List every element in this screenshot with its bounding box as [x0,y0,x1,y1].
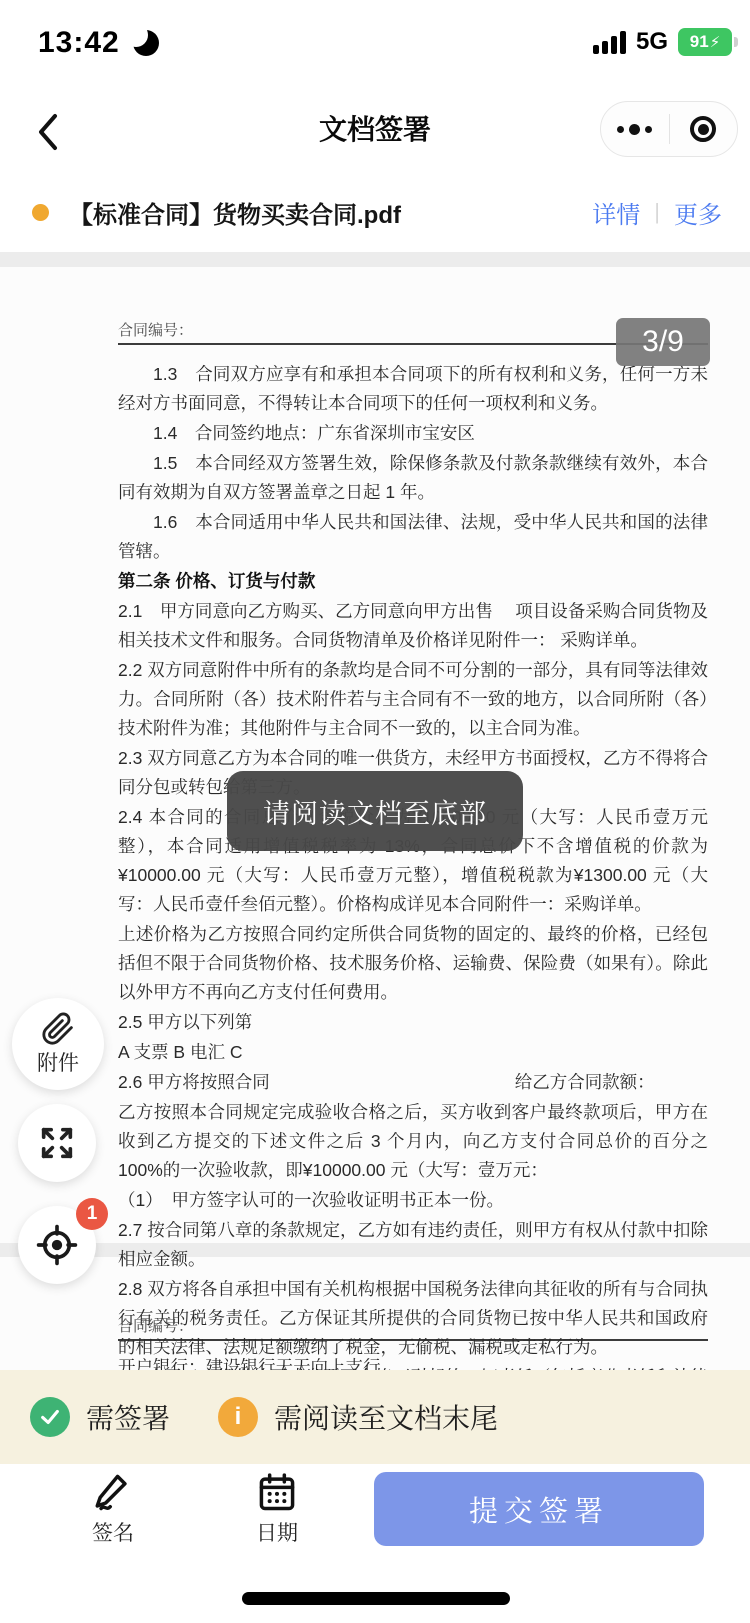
close-miniprogram-button[interactable] [670,102,738,156]
doc-paragraph: 2.1 甲方同意向乙方购买、乙方同意向甲方出售 项目设备采购合同货物及相关技术文… [118,597,708,655]
doc-paragraph: 1.4 合同签约地点：广东省深圳市宝安区 [118,419,708,448]
submit-sign-button[interactable]: 提交签署 [374,1472,704,1546]
doc-paragraph: 2.6 甲方将按照合同 给乙方合同款额： [118,1068,708,1097]
link-divider: | [654,199,660,225]
contract-number-label: 合同编号： [118,322,193,339]
read-to-bottom-toast: 请阅读文档至底部 [227,771,523,851]
detail-link[interactable]: 详情 [592,195,640,230]
clock: 13:42 [38,26,120,60]
need-read-label: 需阅读至文档末尾 [274,1397,498,1437]
page-indicator-badge: 3/9 [616,318,710,366]
date-tool-button[interactable]: 日期 [232,1470,322,1547]
pen-icon [91,1470,135,1514]
charging-bolt-icon: ⚡ [710,33,721,51]
doc-paragraph: 2.5 甲方以下列第 [118,1008,708,1037]
check-circle-icon [30,1397,70,1437]
doc-paragraph: 2.2 双方同意附件中所有的条款均是合同不可分割的一部分，具有同等法律效力。合同… [118,656,708,743]
more-menu-button[interactable] [601,102,669,156]
cellular-signal-icon [593,30,626,54]
doc-paragraph: A 支票 B 电汇 C [118,1038,708,1067]
expand-arrows-icon [37,1123,77,1163]
file-name: 【标准合同】货物买卖合同.pdf [69,195,592,230]
attachment-label: 附件 [37,1047,79,1077]
doc-paragraph: （1） 甲方签字认可的一次验收证明书正本一份。 [118,1186,708,1215]
date-label: 日期 [256,1517,298,1547]
pending-count-badge: 1 [76,1198,108,1230]
miniprogram-capsule [600,101,738,157]
battery-indicator: 91⚡ [678,28,732,56]
battery-percent: 91 [690,32,709,52]
signature-tool-button[interactable]: 签名 [68,1470,158,1547]
doc-paragraph: 1.6 本合同适用中华人民共和国法律、法规，受中华人民共和国的法律管辖。 [118,508,708,566]
do-not-disturb-moon-icon [133,30,159,56]
info-circle-icon: i [218,1397,258,1437]
pdf-page-3: 合同编号： 1.3 合同双方应享有和承担本合同项下的所有权利和义务，任何一方未经… [0,267,750,1243]
record-circle-icon [690,116,716,142]
doc-paragraph: 第二条 价格、订货与付款 [118,567,708,596]
nav-bar: 文档签署 [0,90,750,172]
ellipsis-icon [617,124,652,135]
doc-paragraph: 2.8 双方将各自承担中国有关机构根据中国税务法律向其征收的所有与合同执行有关的… [118,1275,708,1362]
contract-number-label: 合同编号： [118,1318,193,1335]
network-type: 5G [636,28,668,56]
file-bar: 【标准合同】货物买卖合同.pdf 详情 | 更多 [0,172,750,252]
doc-page3-body: 1.3 合同双方应享有和承担本合同项下的所有权利和义务，任何一方未经对方书面同意… [118,359,708,1370]
sign-status-bar: 需签署 i 需阅读至文档末尾 [0,1370,750,1464]
crosshair-icon [34,1222,80,1268]
doc-paragraph: 2.7 按合同第八章的条款规定，乙方如有违约责任，则甲方有权从付款中扣除相应金额… [118,1216,708,1274]
need-sign-label: 需签署 [86,1397,170,1437]
doc-paragraph: 上述价格为乙方按照合同约定所供合同货物的固定的、最终的价格，已经包括但不限于合同… [118,920,708,1007]
file-status-dot [32,204,49,221]
more-link[interactable]: 更多 [674,195,722,230]
doc-paragraph: 乙方按照本合同规定完成验收合格之后，买方收到客户最终款项后，甲方在收到乙方提交的… [118,1098,708,1185]
attachment-button[interactable]: 附件 [12,998,104,1090]
action-bar: 签名 日期 提交签署 [0,1464,750,1623]
calendar-icon [255,1470,299,1514]
paperclip-icon [41,1012,75,1046]
doc-paragraph: 1.5 本合同经双方签署生效，除保修条款及付款条款继续有效外，本合同有效期为自双… [118,449,708,507]
document-sign-screen: 13:42 5G 91⚡ 文档签署 【标准合同】货物买卖合同.pdf [0,0,750,1623]
status-bar: 13:42 5G 91⚡ [0,0,750,90]
doc-paragraph: 1.3 合同双方应享有和承担本合同项下的所有权利和义务，任何一方未经对方书面同意… [118,360,708,418]
home-indicator[interactable] [242,1592,510,1605]
signature-label: 签名 [92,1517,134,1547]
fullscreen-button[interactable] [18,1104,96,1182]
